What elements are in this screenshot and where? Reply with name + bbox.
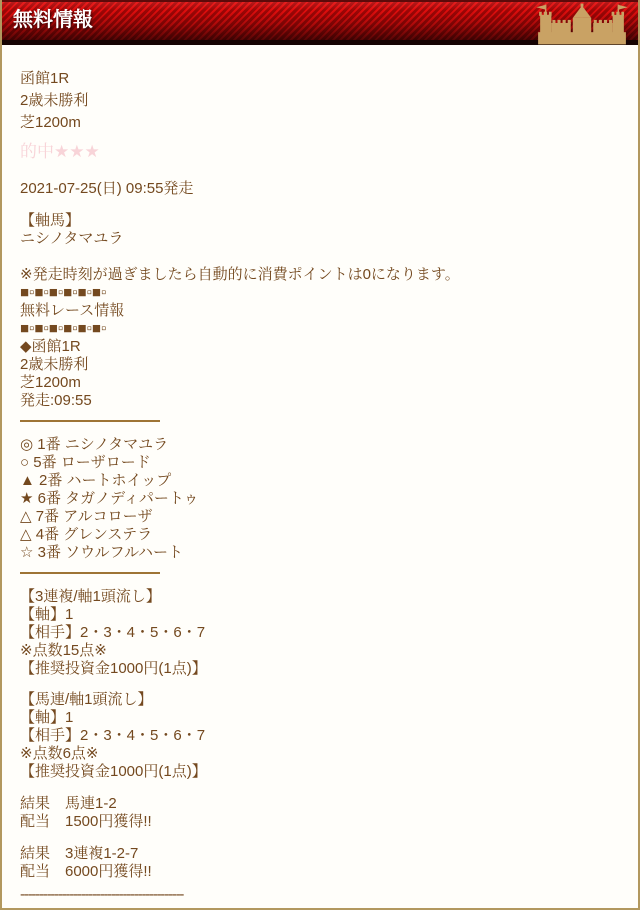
bet-axis: 【軸】1 xyxy=(20,709,620,727)
payout-line: 配当 1500円獲得!! xyxy=(20,813,620,831)
bets-section: 【3連複/軸1頭流し】 【軸】1 【相手】2・3・4・5・6・7 ※点数15点※… xyxy=(20,588,620,781)
payout-line: 配当 6000円獲得!! xyxy=(20,863,620,881)
square-divider: ■▫■▫■▫■▫■▫■▫ xyxy=(20,320,620,338)
points-notice: ※発走時刻が過ぎましたら自動的に消費ポイントは0になります。 xyxy=(20,266,620,284)
hit-badge: 的中★★★ xyxy=(20,141,620,163)
free-race-course: 芝1200m xyxy=(20,374,620,392)
axis-horse-section: 【軸馬】 ニシノタマユラ xyxy=(20,212,620,248)
race-intro: 函館1R 2歳未勝利 芝1200m xyxy=(20,68,620,134)
divider-line xyxy=(20,420,160,422)
header-bar: 無料情報 xyxy=(2,0,638,45)
marks-list: ◎ 1番 ニシノタマユラ ○ 5番 ローザロード ▲ 2番 ハートホイップ ★ … xyxy=(20,436,620,562)
result-line: 結果 3連複1-2-7 xyxy=(20,845,620,863)
bet-investment: 【推奨投資金1000円(1点)】 xyxy=(20,660,620,678)
axis-horse-label: 【軸馬】 xyxy=(20,212,620,230)
race-track: 函館1R xyxy=(20,68,620,90)
free-race-class: 2歳未勝利 xyxy=(20,356,620,374)
free-race-name: ◆函館1R xyxy=(20,338,620,356)
axis-horse-name: ニシノタマユラ xyxy=(20,230,620,248)
mark-line: ★ 6番 タガノディパートゥ xyxy=(20,490,620,508)
result-block-umaren: 結果 馬連1-2 配当 1500円獲得!! xyxy=(20,795,620,831)
mark-line: ☆ 3番 ソウルフルハート xyxy=(20,544,620,562)
free-race-info-title: 無料レース情報 xyxy=(20,302,620,320)
bet-block-sanrenpuku: 【3連複/軸1頭流し】 【軸】1 【相手】2・3・4・5・6・7 ※点数15点※… xyxy=(20,588,620,678)
bet-investment: 【推奨投資金1000円(1点)】 xyxy=(20,763,620,781)
free-race-info-section: ※発走時刻が過ぎましたら自動的に消費ポイントは0になります。 ■▫■▫■▫■▫■… xyxy=(20,266,620,410)
castle-icon xyxy=(533,3,631,45)
race-course: 芝1200m xyxy=(20,112,620,134)
bet-points: ※点数6点※ xyxy=(20,745,620,763)
bet-type: 【馬連/軸1頭流し】 xyxy=(20,691,620,709)
divider-line xyxy=(20,572,160,574)
mark-line: △ 4番 グレンステラ xyxy=(20,526,620,544)
mark-line: ◎ 1番 ニシノタマユラ xyxy=(20,436,620,454)
start-datetime: 2021-07-25(日) 09:55発走 xyxy=(20,180,620,198)
race-class: 2歳未勝利 xyxy=(20,90,620,112)
bet-axis: 【軸】1 xyxy=(20,606,620,624)
bet-block-umaren: 【馬連/軸1頭流し】 【軸】1 【相手】2・3・4・5・6・7 ※点数6点※ 【… xyxy=(20,691,620,781)
square-divider: ■▫■▫■▫■▫■▫■▫ xyxy=(20,284,620,302)
bet-type: 【3連複/軸1頭流し】 xyxy=(20,588,620,606)
result-line: 結果 馬連1-2 xyxy=(20,795,620,813)
mark-line: △ 7番 アルコローザ xyxy=(20,508,620,526)
dashed-divider: ----------------------------------------… xyxy=(20,886,620,904)
free-race-start-time: 発走:09:55 xyxy=(20,392,620,410)
mark-line: ○ 5番 ローザロード xyxy=(20,454,620,472)
free-info-body: 函館1R 2歳未勝利 芝1200m 的中★★★ 2021-07-25(日) 09… xyxy=(2,45,638,904)
bet-points: ※点数15点※ xyxy=(20,642,620,660)
page-container: 無料情報 xyxy=(0,0,640,910)
bet-partners: 【相手】2・3・4・5・6・7 xyxy=(20,727,620,745)
bet-partners: 【相手】2・3・4・5・6・7 xyxy=(20,624,620,642)
result-block-sanrenpuku: 結果 3連複1-2-7 配当 6000円獲得!! xyxy=(20,845,620,881)
mark-line: ▲ 2番 ハートホイップ xyxy=(20,472,620,490)
